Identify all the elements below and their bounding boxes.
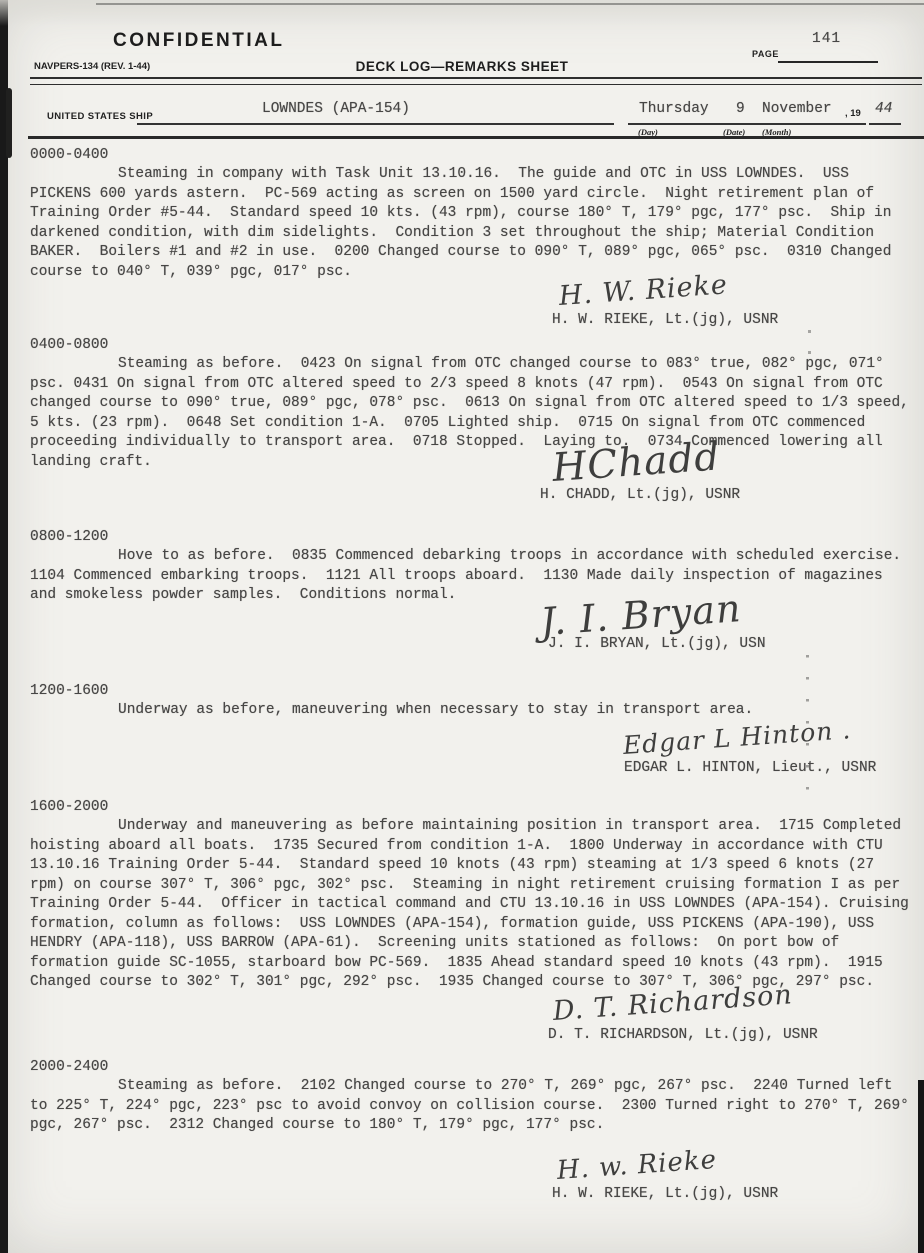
signature-block: Edgar L Hinton . EDGAR L. HINTON, Lieut.… (624, 731, 876, 776)
header-double-rule (30, 77, 922, 85)
date-month: November (762, 101, 832, 117)
ship-label: UNITED STATES SHIP (47, 111, 153, 122)
entry-text: Steaming as before. 0423 On signal from … (30, 355, 910, 472)
signature-block: D. T. Richardson D. T. RICHARDSON, Lt.(j… (548, 996, 818, 1043)
scan-edge-top-line (96, 3, 924, 5)
log-entry-2000-2400: 2000-2400 Steaming as before. 2102 Chang… (30, 1058, 910, 1136)
log-entry-1600-2000: 1600-2000 Underway and maneuvering as be… (30, 798, 910, 993)
deck-log-page: CONFIDENTIAL PAGE 141 NAVPERS-134 (REV. … (0, 0, 924, 1253)
log-entry-0400-0800: 0400-0800 Steaming as before. 0423 On si… (30, 336, 910, 472)
header-heavy-rule (28, 136, 924, 139)
scan-artifact-dots-small (808, 330, 811, 333)
entry-time-range: 2000-2400 (30, 1058, 910, 1077)
entry-text: Steaming as before. 2102 Changed course … (30, 1077, 910, 1136)
page-label: PAGE (752, 49, 779, 59)
signature-block: HChadd H. CHADD, Lt.(jg), USNR (540, 446, 740, 503)
entry-time-range: 1600-2000 (30, 798, 910, 817)
classification-stamp: CONFIDENTIAL (113, 30, 284, 52)
scan-edge-right (918, 1080, 924, 1253)
handwritten-signature: H. w. Rieke (556, 1141, 778, 1186)
scan-edge-left (0, 0, 8, 1253)
year-prefix: , 19 (845, 108, 861, 119)
log-entry-1200-1600: 1200-1600 Underway as before, maneuverin… (30, 682, 910, 721)
typed-signature: H. W. RIEKE, Lt.(jg), USNR (552, 1186, 778, 1202)
date-day: Thursday (639, 101, 709, 117)
entry-time-range: 0800-1200 (30, 528, 910, 547)
signature-block: J. I. Bryan J. I. BRYAN, Lt.(jg), USN (520, 600, 766, 652)
entry-time-range: 0000-0400 (30, 146, 910, 165)
sheet-title: DECK LOG—REMARKS SHEET (0, 59, 924, 74)
ship-name: LOWNDES (APA-154) (262, 101, 410, 117)
scan-edge-blob (6, 88, 12, 158)
entry-time-range: 1200-1600 (30, 682, 910, 701)
entry-text: Underway and maneuvering as before maint… (30, 817, 910, 993)
entry-text: Underway as before, maneuvering when nec… (30, 701, 910, 721)
ship-underline (137, 123, 614, 125)
typed-signature: H. W. RIEKE, Lt.(jg), USNR (552, 312, 778, 328)
typed-signature: D. T. RICHARDSON, Lt.(jg), USNR (548, 1027, 818, 1043)
date-underline (628, 123, 866, 125)
signature-block: H. w. Rieke H. W. RIEKE, Lt.(jg), USNR (552, 1156, 778, 1202)
date-number: 9 (736, 101, 745, 117)
signature-block: H. W. Rieke H. W. RIEKE, Lt.(jg), USNR (552, 281, 778, 328)
typed-signature: EDGAR L. HINTON, Lieut., USNR (624, 760, 876, 776)
page-number: 141 (812, 31, 841, 47)
year-underline (869, 123, 901, 125)
entry-time-range: 0400-0800 (30, 336, 910, 355)
log-entry-0800-1200: 0800-1200 Hove to as before. 0835 Commen… (30, 528, 910, 606)
year-value: 44 (875, 101, 892, 117)
log-entry-0000-0400: 0000-0400 Steaming in company with Task … (30, 146, 910, 282)
entry-text: Steaming in company with Task Unit 13.10… (30, 165, 910, 282)
entry-text: Hove to as before. 0835 Commenced debark… (30, 547, 910, 606)
